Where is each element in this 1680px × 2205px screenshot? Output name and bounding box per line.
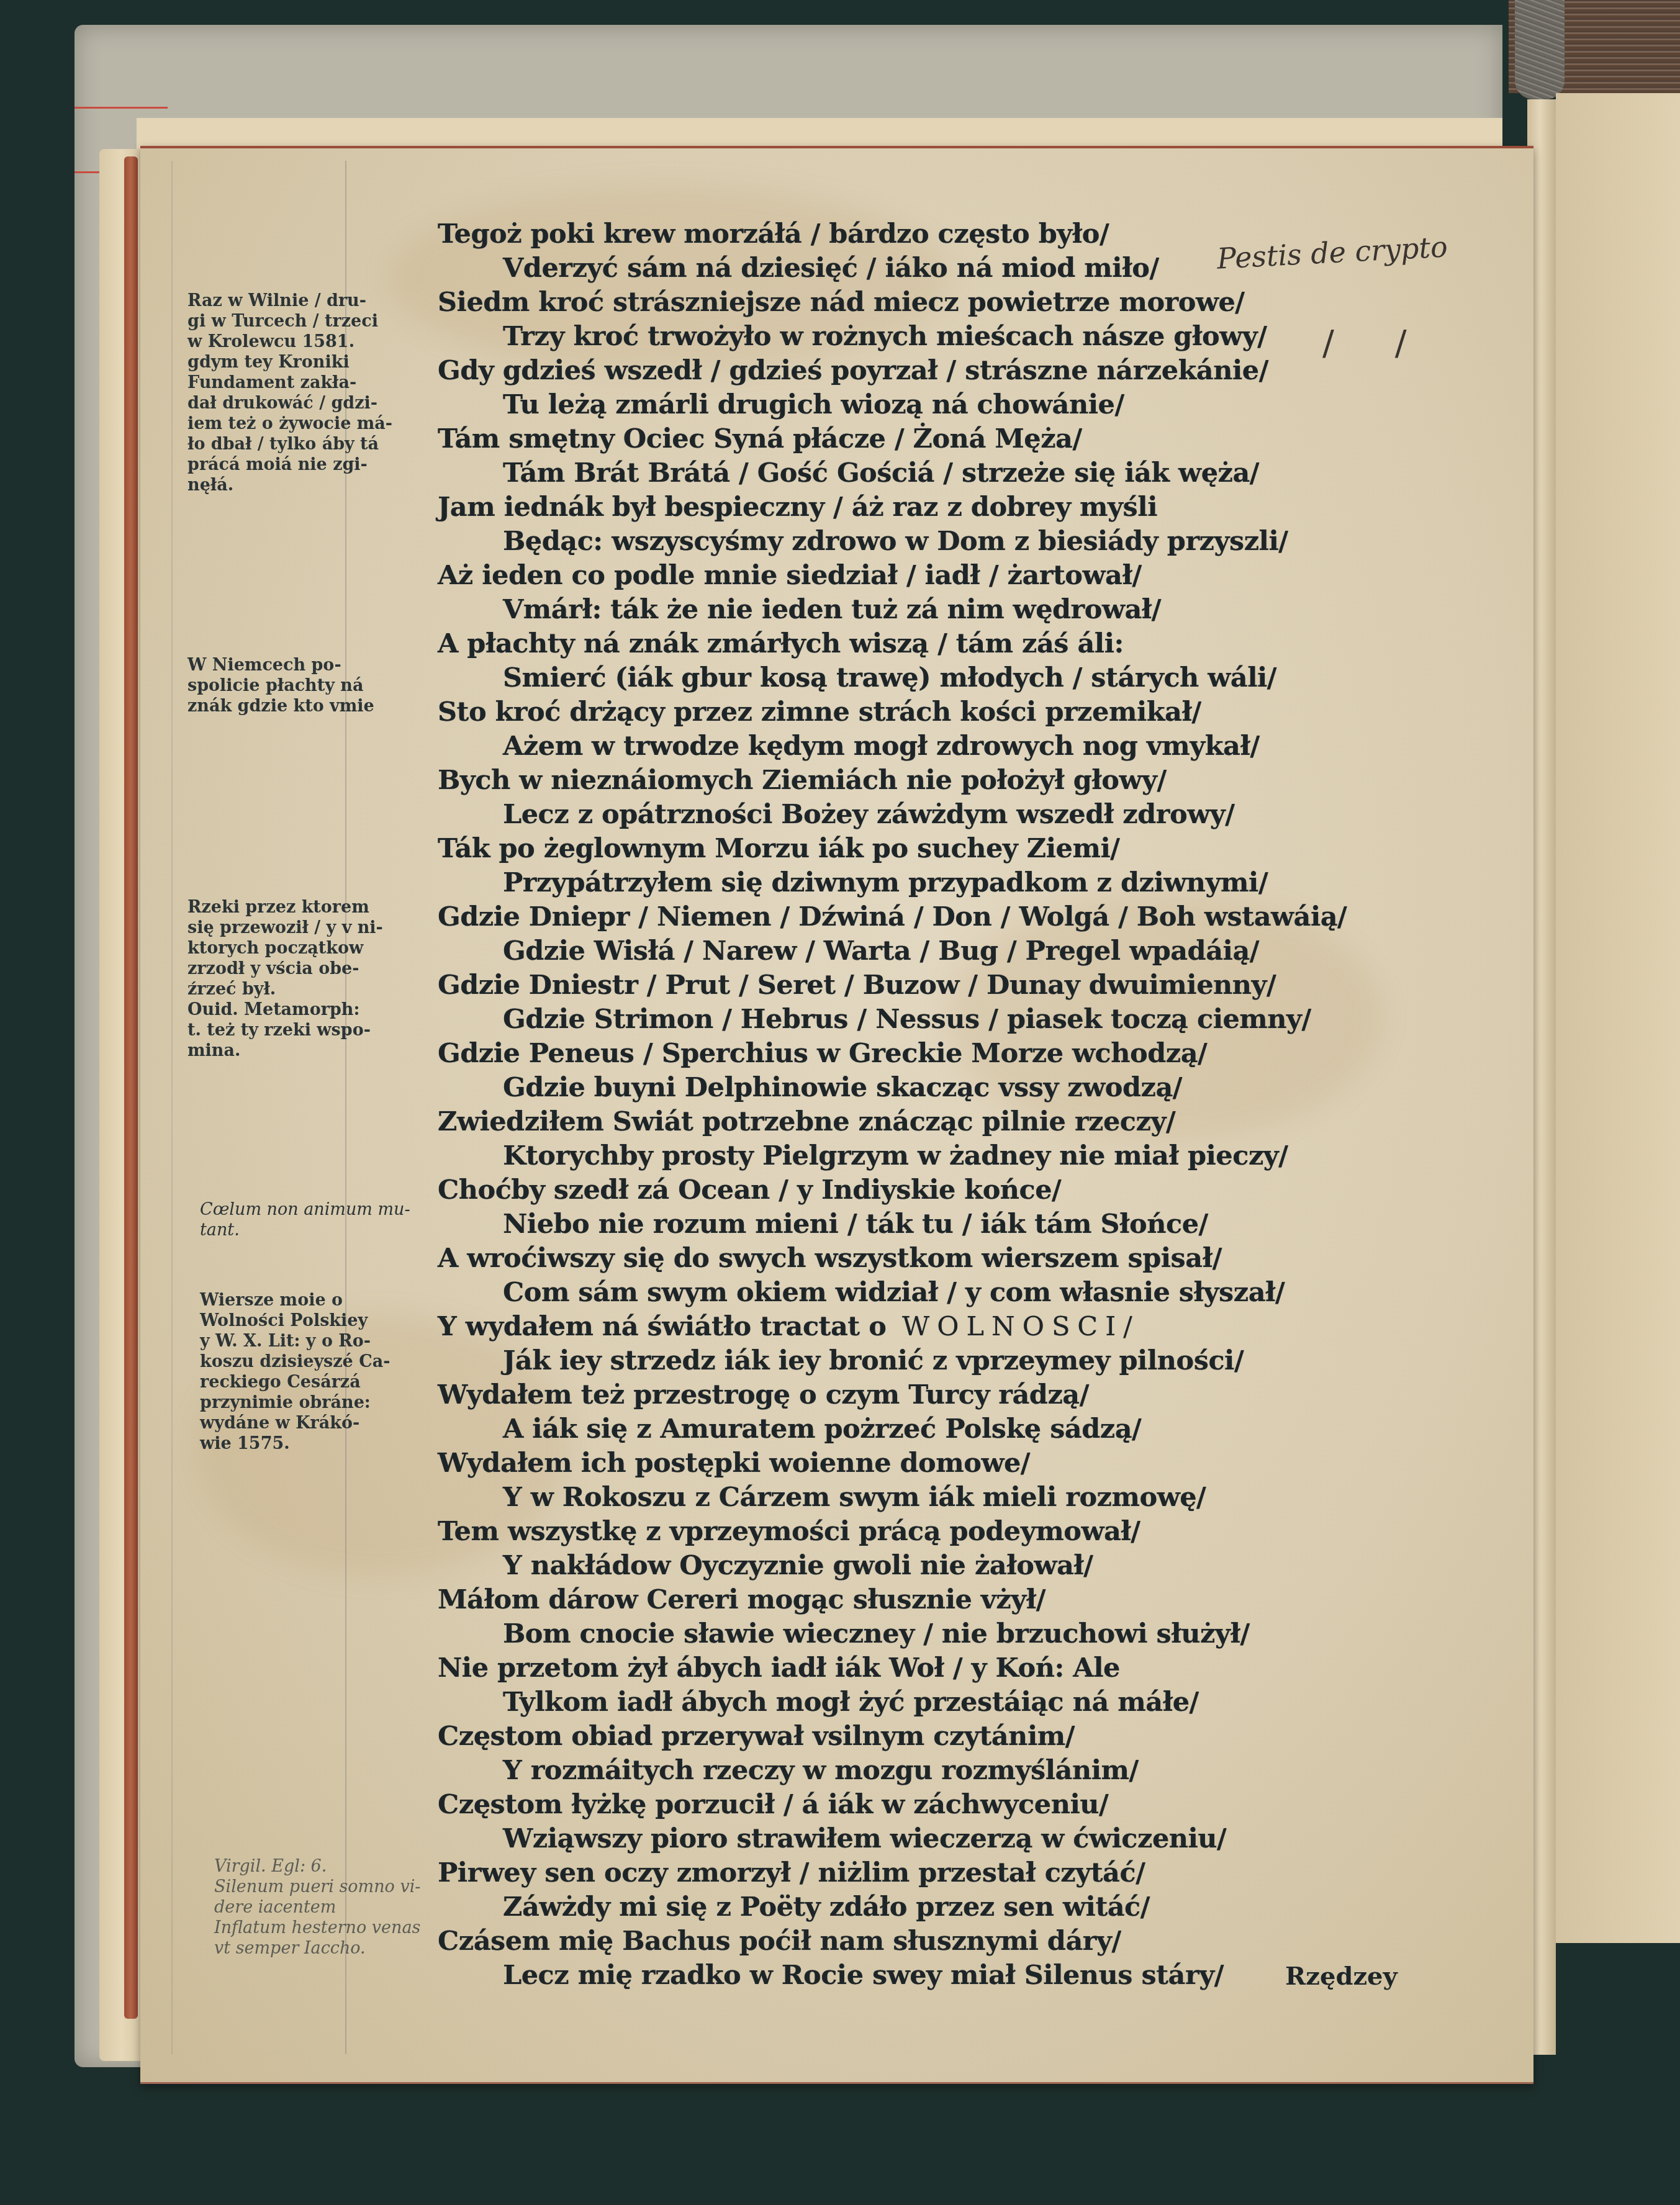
gloss-line: Inflatum hesterno venas — [214, 1918, 420, 1938]
verse-line: Smierć (iák gbur kosą trawę) młodych / s… — [503, 662, 1276, 693]
margin-gloss-virgil: Virgil. Egl: 6.Silenum pueri somno vi-de… — [214, 1856, 420, 1959]
gloss-line: Virgil. Egl: 6. — [214, 1856, 420, 1877]
gloss-line: prácá moiá nie zgi- — [187, 454, 392, 475]
margin-ruling — [171, 161, 173, 2054]
verse-line: Bom cnocie sławie wieczney / nie brzucho… — [503, 1618, 1250, 1649]
gloss-line: znák gdzie kto vmie — [187, 696, 374, 716]
gloss-line: Wiersze moie o — [200, 1290, 390, 1310]
verse-line: Gdzie Dniepr / Niemen / Dźwiná / Don / W… — [438, 901, 1347, 932]
verse-line: Tu leżą zmárli drugich wiozą ná chowánie… — [503, 389, 1124, 420]
gloss-line: Ouid. Metamorph: — [187, 999, 383, 1020]
gloss-line: nęłá. — [187, 475, 392, 495]
verse-line: Czásem mię Bachus poćił nam słusznymi dá… — [438, 1926, 1121, 1957]
verse-line: Siedm kroć strászniejsze nád miecz powie… — [438, 287, 1244, 318]
verse-line: Gdzie Peneus / Sperchius w Greckie Morze… — [438, 1038, 1207, 1069]
verse-line: Choćby szedł zá Ocean / y Indiyskie końc… — [438, 1175, 1061, 1206]
facing-page — [1556, 93, 1680, 1943]
gloss-line: W Niemcech po- — [187, 655, 374, 675]
cover-red-rule — [75, 107, 168, 109]
gloss-line: reckiego Cesárzá — [200, 1372, 390, 1392]
verse-line: Gdzie buyni Delphinowie skacząc vssy zwo… — [503, 1072, 1182, 1103]
gloss-line: ktorych początkow — [187, 938, 383, 958]
verse-line: Ták po żeglownym Morzu iák po suchey Zie… — [438, 833, 1119, 864]
verse-line: Y nakłádow Oyczyznie gwoli nie żałował/ — [503, 1550, 1093, 1581]
gloss-line: t. też ty rzeki wspo- — [187, 1020, 383, 1040]
gloss-line: Wolności Polskiey — [200, 1310, 390, 1331]
verse-line: Niebo nie rozum mieni / ták tu / iák tám… — [503, 1209, 1208, 1240]
verse-line: Gdzie Dniestr / Prut / Seret / Buzow / D… — [438, 970, 1276, 1001]
margin-gloss-horace: Cœlum non animum mu-tant. — [200, 1199, 410, 1240]
verse-line: Y w Rokoszu z Cárzem swym iák mieli rozm… — [503, 1482, 1206, 1513]
verse-line: Trzy kroć trwożyło w rożnych mieścach ná… — [503, 321, 1267, 352]
verse-line: Wydałem też przestrogę o czym Turcy rádz… — [438, 1379, 1089, 1410]
verse-line: Lecz mię rzadko w Rocie swey miał Silenu… — [503, 1960, 1224, 1991]
gloss-line: ło dbał / tylko áby tá — [187, 434, 392, 454]
gloss-line: wie 1575. — [200, 1433, 390, 1454]
verse-line: Bych w nieznáiomych Ziemiách nie położył… — [438, 765, 1167, 796]
verse-line: Tegoż poki krew morzáłá / bárdzo często … — [438, 219, 1109, 250]
gloss-line: wydáne w Krákó- — [200, 1413, 390, 1433]
gloss-line: iem też o żywocie má- — [187, 413, 392, 434]
verse-line: Jam iednák był bespieczny / áż raz z dob… — [438, 492, 1157, 523]
verse-line: Com sám swym okiem widział / y com własn… — [503, 1277, 1285, 1308]
verse-line: Wydałem ich postępki woienne domowe/ — [438, 1448, 1030, 1479]
gloss-line: mina. — [187, 1040, 383, 1061]
gloss-line: tant. — [200, 1220, 410, 1240]
margin-gloss-plague-cities: Raz w Wilnie / dru-gi w Turcech / trzeci… — [187, 291, 392, 495]
red-page-edge — [124, 156, 138, 2019]
gloss-line: gi w Turcech / trzeci — [187, 311, 392, 331]
gloss-line: Rzeki przez ktorem — [187, 897, 383, 918]
gloss-line: dere iacentem — [214, 1897, 420, 1918]
verse-line: Tylkom iadł ábych mogł żyć przestáiąc ná… — [503, 1687, 1199, 1718]
verse-line: A wroćiwszy się do swych wszystkom wiers… — [438, 1243, 1222, 1274]
verse-line: A płachty ná znák zmárłych wiszą / tám z… — [438, 628, 1124, 659]
verse-line: Będąc: wszyscyśmy zdrowo w Dom z biesiád… — [503, 526, 1288, 557]
cover-red-rule — [75, 171, 99, 173]
verse-line: Zwiedziłem Swiát potrzebne znácząc pilni… — [438, 1106, 1175, 1137]
gloss-line: zrzodł y vścia obe- — [187, 958, 383, 979]
gloss-line: dał drukowáć / gdzi- — [187, 393, 392, 413]
verse-line: Tám Brát Brátá / Gość Gościá / strzeże s… — [503, 458, 1259, 489]
margin-gloss-rivers: Rzeki przez ktoremsię przewoził / y v ni… — [187, 897, 383, 1061]
gloss-line: się przewoził / y v ni- — [187, 918, 383, 938]
verse-line: Częstom łyżkę porzucił / á iák w záchwyc… — [438, 1789, 1108, 1820]
verse-line: Vderzyć sám ná dziesięć / iáko ná miod m… — [503, 253, 1159, 284]
verse-line: Lecz z opátrzności Bożey záwżdym wszedł … — [503, 799, 1234, 830]
verse-line: Częstom obiad przerywał vsilnym czytánim… — [438, 1721, 1075, 1752]
verse-line: Nie przetom żył ábych iadł iák Woł / y K… — [438, 1653, 1120, 1684]
gloss-line: koszu dzisieyszé Ca- — [200, 1351, 390, 1372]
verse-line: Przypátrzyłem się dziwnym przypadkom z d… — [503, 867, 1268, 898]
gloss-line: spolicie płachty ná — [187, 675, 374, 696]
gloss-line: vt semper Iaccho. — [214, 1938, 420, 1959]
gloss-line: Cœlum non animum mu- — [200, 1199, 410, 1220]
verse-line: Tem wszystkę z vprzeymości prácą podeymo… — [438, 1516, 1140, 1547]
gloss-line: y W. X. Lit: y o Ro- — [200, 1331, 390, 1351]
verse-line: Ják iey strzedz iák iey bronić z vprzeym… — [503, 1345, 1244, 1376]
verse-line: Wziąwszy pioro strawiłem wieczerzą w ćwi… — [503, 1823, 1226, 1854]
verse-line: Máłom dárow Cereri mogąc słusznie vżył/ — [438, 1584, 1045, 1615]
headband-knot — [1515, 0, 1565, 99]
gloss-line: w Krolewcu 1581. — [187, 331, 392, 352]
verse-line: Aż ieden co podle mnie siedział / iadł /… — [438, 560, 1142, 591]
verse-line: Gdzie Wisłá / Narew / Warta / Bug / Preg… — [503, 936, 1259, 967]
catchword: Rzędzey — [1285, 1962, 1398, 1991]
margin-gloss-works: Wiersze moie oWolności Polskieyy W. X. L… — [200, 1290, 390, 1454]
verse-line: Gdy gdzieś wszedł / gdzieś poyrzał / str… — [438, 355, 1268, 386]
gloss-line: źrzeć był. — [187, 979, 383, 999]
verse-line: Pirwey sen oczy zmorzył / niżlim przesta… — [438, 1857, 1145, 1888]
gloss-line: Raz w Wilnie / dru- — [187, 291, 392, 311]
handwritten-strokes: / / — [1322, 323, 1432, 363]
verse-line: Ktorychby prosty Pielgrzym w żadney nie … — [503, 1140, 1288, 1171]
gloss-line: przynimie obráne: — [200, 1392, 390, 1413]
gloss-line: Fundament zakła- — [187, 372, 392, 393]
verse-line: Záwżdy mi się z Poëty zdáło przez sen wi… — [503, 1892, 1150, 1923]
verse-line: Sto kroć drżący przez zimne strách kości… — [438, 697, 1201, 728]
gloss-line: Silenum pueri somno vi- — [214, 1877, 420, 1897]
verse-line: Tám smętny Ociec Syná płácze / Żoná Męża… — [438, 423, 1082, 454]
gloss-line: gdym tey Kroniki — [187, 352, 392, 372]
verse-line: Y rozmáitych rzeczy w mozgu rozmyślánim/ — [503, 1755, 1139, 1786]
verse-line: Gdzie Strimon / Hebrus / Nessus / piasek… — [503, 1004, 1311, 1035]
margin-gloss-germany: W Niemcech po-spolicie płachty náznák gd… — [187, 655, 374, 716]
spaced-capitals: WOLNOSCI/ — [886, 1311, 1139, 1342]
verse-line: Ażem w trwodze kędym mogł zdrowych nog v… — [503, 731, 1260, 762]
verse-line: Y wydałem ná świátło tractat o WOLNOSCI/ — [438, 1311, 1140, 1342]
verse-line: Vmárł: ták że nie ieden tuż zá nim wędro… — [503, 594, 1161, 625]
verse-line: A iák się z Amuratem pożrzeć Polskę sádz… — [503, 1414, 1141, 1445]
